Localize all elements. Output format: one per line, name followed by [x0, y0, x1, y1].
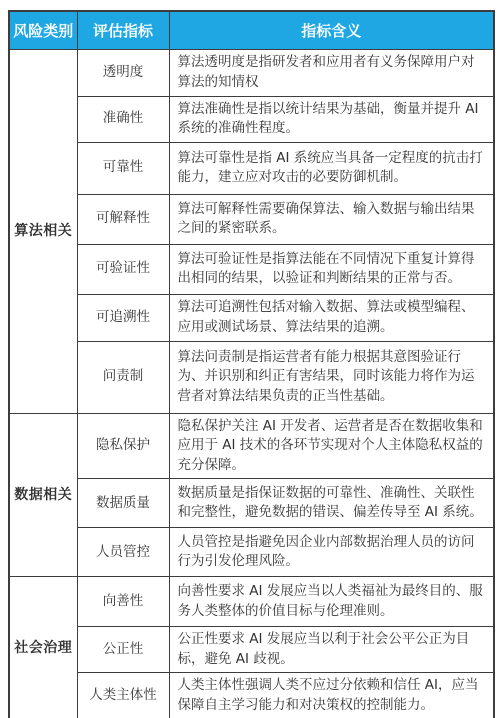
- category-cell-governance: 社会治理: [9, 577, 77, 718]
- meaning-cell: 向善性要求 AI 发展应当以人类福祉为最终目的、服务人类整体的价值目标与伦理准则…: [169, 577, 494, 627]
- meaning-cell: 算法可解释性需要确保算法、输入数据与输出结果之间的紧密联系。: [169, 194, 494, 244]
- meaning-cell: 人类主体性强调人类不应过分依赖和信任 AI，应当保障自主学习能力和对决策权的控制…: [169, 673, 494, 718]
- table-row: 社会治理 向善性 向善性要求 AI 发展应当以人类福祉为最终目的、服务人类整体的…: [9, 577, 494, 627]
- col-header-risk-category: 风险类别: [9, 11, 77, 49]
- indicator-cell: 隐私保护: [77, 413, 169, 479]
- table-row: 数据质量 数据质量是指保证数据的可靠性、准确性、关联性和完整性，避免数据的错误、…: [9, 479, 494, 528]
- risk-indicator-table: 风险类别 评估指标 指标含义 算法相关 透明度 算法透明度是指研发者和应用者有义…: [8, 10, 495, 718]
- indicator-cell: 可追溯性: [77, 294, 169, 341]
- meaning-cell: 隐私保护关注 AI 开发者、运营者是否在数据收集和应用于 AI 技术的各环节实现…: [169, 413, 494, 479]
- table-row: 数据相关 隐私保护 隐私保护关注 AI 开发者、运营者是否在数据收集和应用于 A…: [9, 413, 494, 479]
- indicator-cell: 公正性: [77, 627, 169, 673]
- col-header-indicator: 评估指标: [77, 11, 169, 49]
- meaning-cell: 算法可验证性是指算法能在不同情况下重复计算得出相同的结果，以验证和判断结果的正常…: [169, 244, 494, 294]
- header-row: 风险类别 评估指标 指标含义: [9, 11, 494, 49]
- indicator-cell: 向善性: [77, 577, 169, 627]
- table-row: 人类主体性 人类主体性强调人类不应过分依赖和信任 AI，应当保障自主学习能力和对…: [9, 673, 494, 718]
- table-row: 可追溯性 算法可追溯性包括对输入数据、算法或模型编程、应用或测试场景、算法结果的…: [9, 294, 494, 341]
- meaning-cell: 算法准确性是指以统计结果为基础，衡量并提升 AI 系统的准确性程度。: [169, 96, 494, 142]
- table-row: 问责制 算法问责制是指运营者有能力根据其意图验证行为、并识别和纠正有害结果，同时…: [9, 341, 494, 413]
- indicator-cell: 透明度: [77, 49, 169, 96]
- indicator-cell: 问责制: [77, 341, 169, 413]
- table-row: 可解释性 算法可解释性需要确保算法、输入数据与输出结果之间的紧密联系。: [9, 194, 494, 244]
- indicator-cell: 可解释性: [77, 194, 169, 244]
- table-row: 人员管控 人员管控是指避免因企业内部数据治理人员的访问行为引发伦理风险。: [9, 528, 494, 577]
- indicator-cell: 人员管控: [77, 528, 169, 577]
- table-row: 准确性 算法准确性是指以统计结果为基础，衡量并提升 AI 系统的准确性程度。: [9, 96, 494, 142]
- col-header-meaning: 指标含义: [169, 11, 494, 49]
- category-cell-data: 数据相关: [9, 413, 77, 577]
- meaning-cell: 算法可靠性是指 AI 系统应当具备一定程度的抗击打能力，建立应对攻击的必要防御机…: [169, 142, 494, 194]
- meaning-cell: 数据质量是指保证数据的可靠性、准确性、关联性和完整性，避免数据的错误、偏差传导至…: [169, 479, 494, 528]
- table-row: 可靠性 算法可靠性是指 AI 系统应当具备一定程度的抗击打能力，建立应对攻击的必…: [9, 142, 494, 194]
- table-row: 公正性 公正性要求 AI 发展应当以利于社会公平公正为目标，避免 AI 歧视。: [9, 627, 494, 673]
- category-cell-algorithm: 算法相关: [9, 49, 77, 413]
- meaning-cell: 人员管控是指避免因企业内部数据治理人员的访问行为引发伦理风险。: [169, 528, 494, 577]
- indicator-cell: 人类主体性: [77, 673, 169, 718]
- meaning-cell: 公正性要求 AI 发展应当以利于社会公平公正为目标，避免 AI 歧视。: [169, 627, 494, 673]
- indicator-cell: 可靠性: [77, 142, 169, 194]
- meaning-cell: 算法透明度是指研发者和应用者有义务保障用户对算法的知情权: [169, 49, 494, 96]
- table-row: 算法相关 透明度 算法透明度是指研发者和应用者有义务保障用户对算法的知情权: [9, 49, 494, 96]
- meaning-cell: 算法可追溯性包括对输入数据、算法或模型编程、应用或测试场景、算法结果的追溯。: [169, 294, 494, 341]
- risk-indicator-table-container: 风险类别 评估指标 指标含义 算法相关 透明度 算法透明度是指研发者和应用者有义…: [8, 10, 495, 718]
- indicator-cell: 准确性: [77, 96, 169, 142]
- indicator-cell: 数据质量: [77, 479, 169, 528]
- indicator-cell: 可验证性: [77, 244, 169, 294]
- meaning-cell: 算法问责制是指运营者有能力根据其意图验证行为、并识别和纠正有害结果，同时该能力将…: [169, 341, 494, 413]
- table-row: 可验证性 算法可验证性是指算法能在不同情况下重复计算得出相同的结果，以验证和判断…: [9, 244, 494, 294]
